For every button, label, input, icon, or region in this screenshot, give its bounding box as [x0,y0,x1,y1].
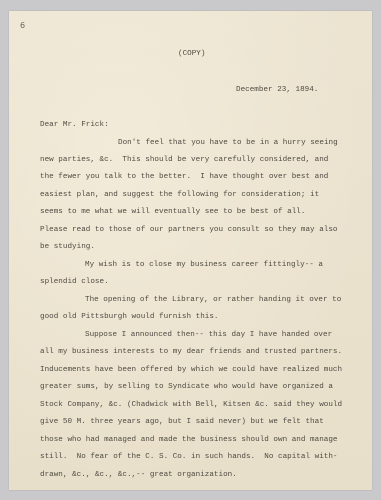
body-line: give 50 M. three years ago, but I said n… [40,418,324,426]
copy-label: (COPY) [178,50,205,58]
body-line: Inducements have been offered by which w… [40,366,342,374]
body-line: splendid close. [40,278,109,286]
body-line: be studying. [40,243,95,251]
page-number: 6 [20,21,25,30]
salutation: Dear Mr. Frick: [40,121,109,129]
body-line: the fewer you talk to the better. I have… [40,173,328,181]
body-line: still. No fear of the C. S. Co. in such … [40,453,338,461]
body-line: Please read to those of our partners you… [40,226,338,234]
body-line: good old Pittsburgh would furnish this. [40,313,219,321]
letter-page: 6 (COPY) December 23, 1894. Dear Mr. Fri… [9,11,372,490]
letter-date: December 23, 1894. [236,86,318,94]
body-line: all my business interests to my dear fri… [40,348,342,356]
body-line: greater sums, by selling to Syndicate wh… [40,383,333,391]
body-line: Suppose I announced then-- this day I ha… [85,331,332,339]
body-line: drawn, &c., &c., &c.,-- great organizati… [40,471,237,479]
body-line: seems to me what we will eventually see … [40,208,305,216]
body-line: The opening of the Library, or rather ha… [85,296,341,304]
body-line: Stock Company, &c. (Chadwick with Bell, … [40,401,342,409]
body-line: My wish is to close my business career f… [85,261,323,269]
body-line: new parties, &c. This should be very car… [40,156,328,164]
body-line: those who had managed and made the busin… [40,436,338,444]
body-line: easiest plan, and suggest the following … [40,191,319,199]
body-line: Don't feel that you have to be in a hurr… [118,139,338,147]
